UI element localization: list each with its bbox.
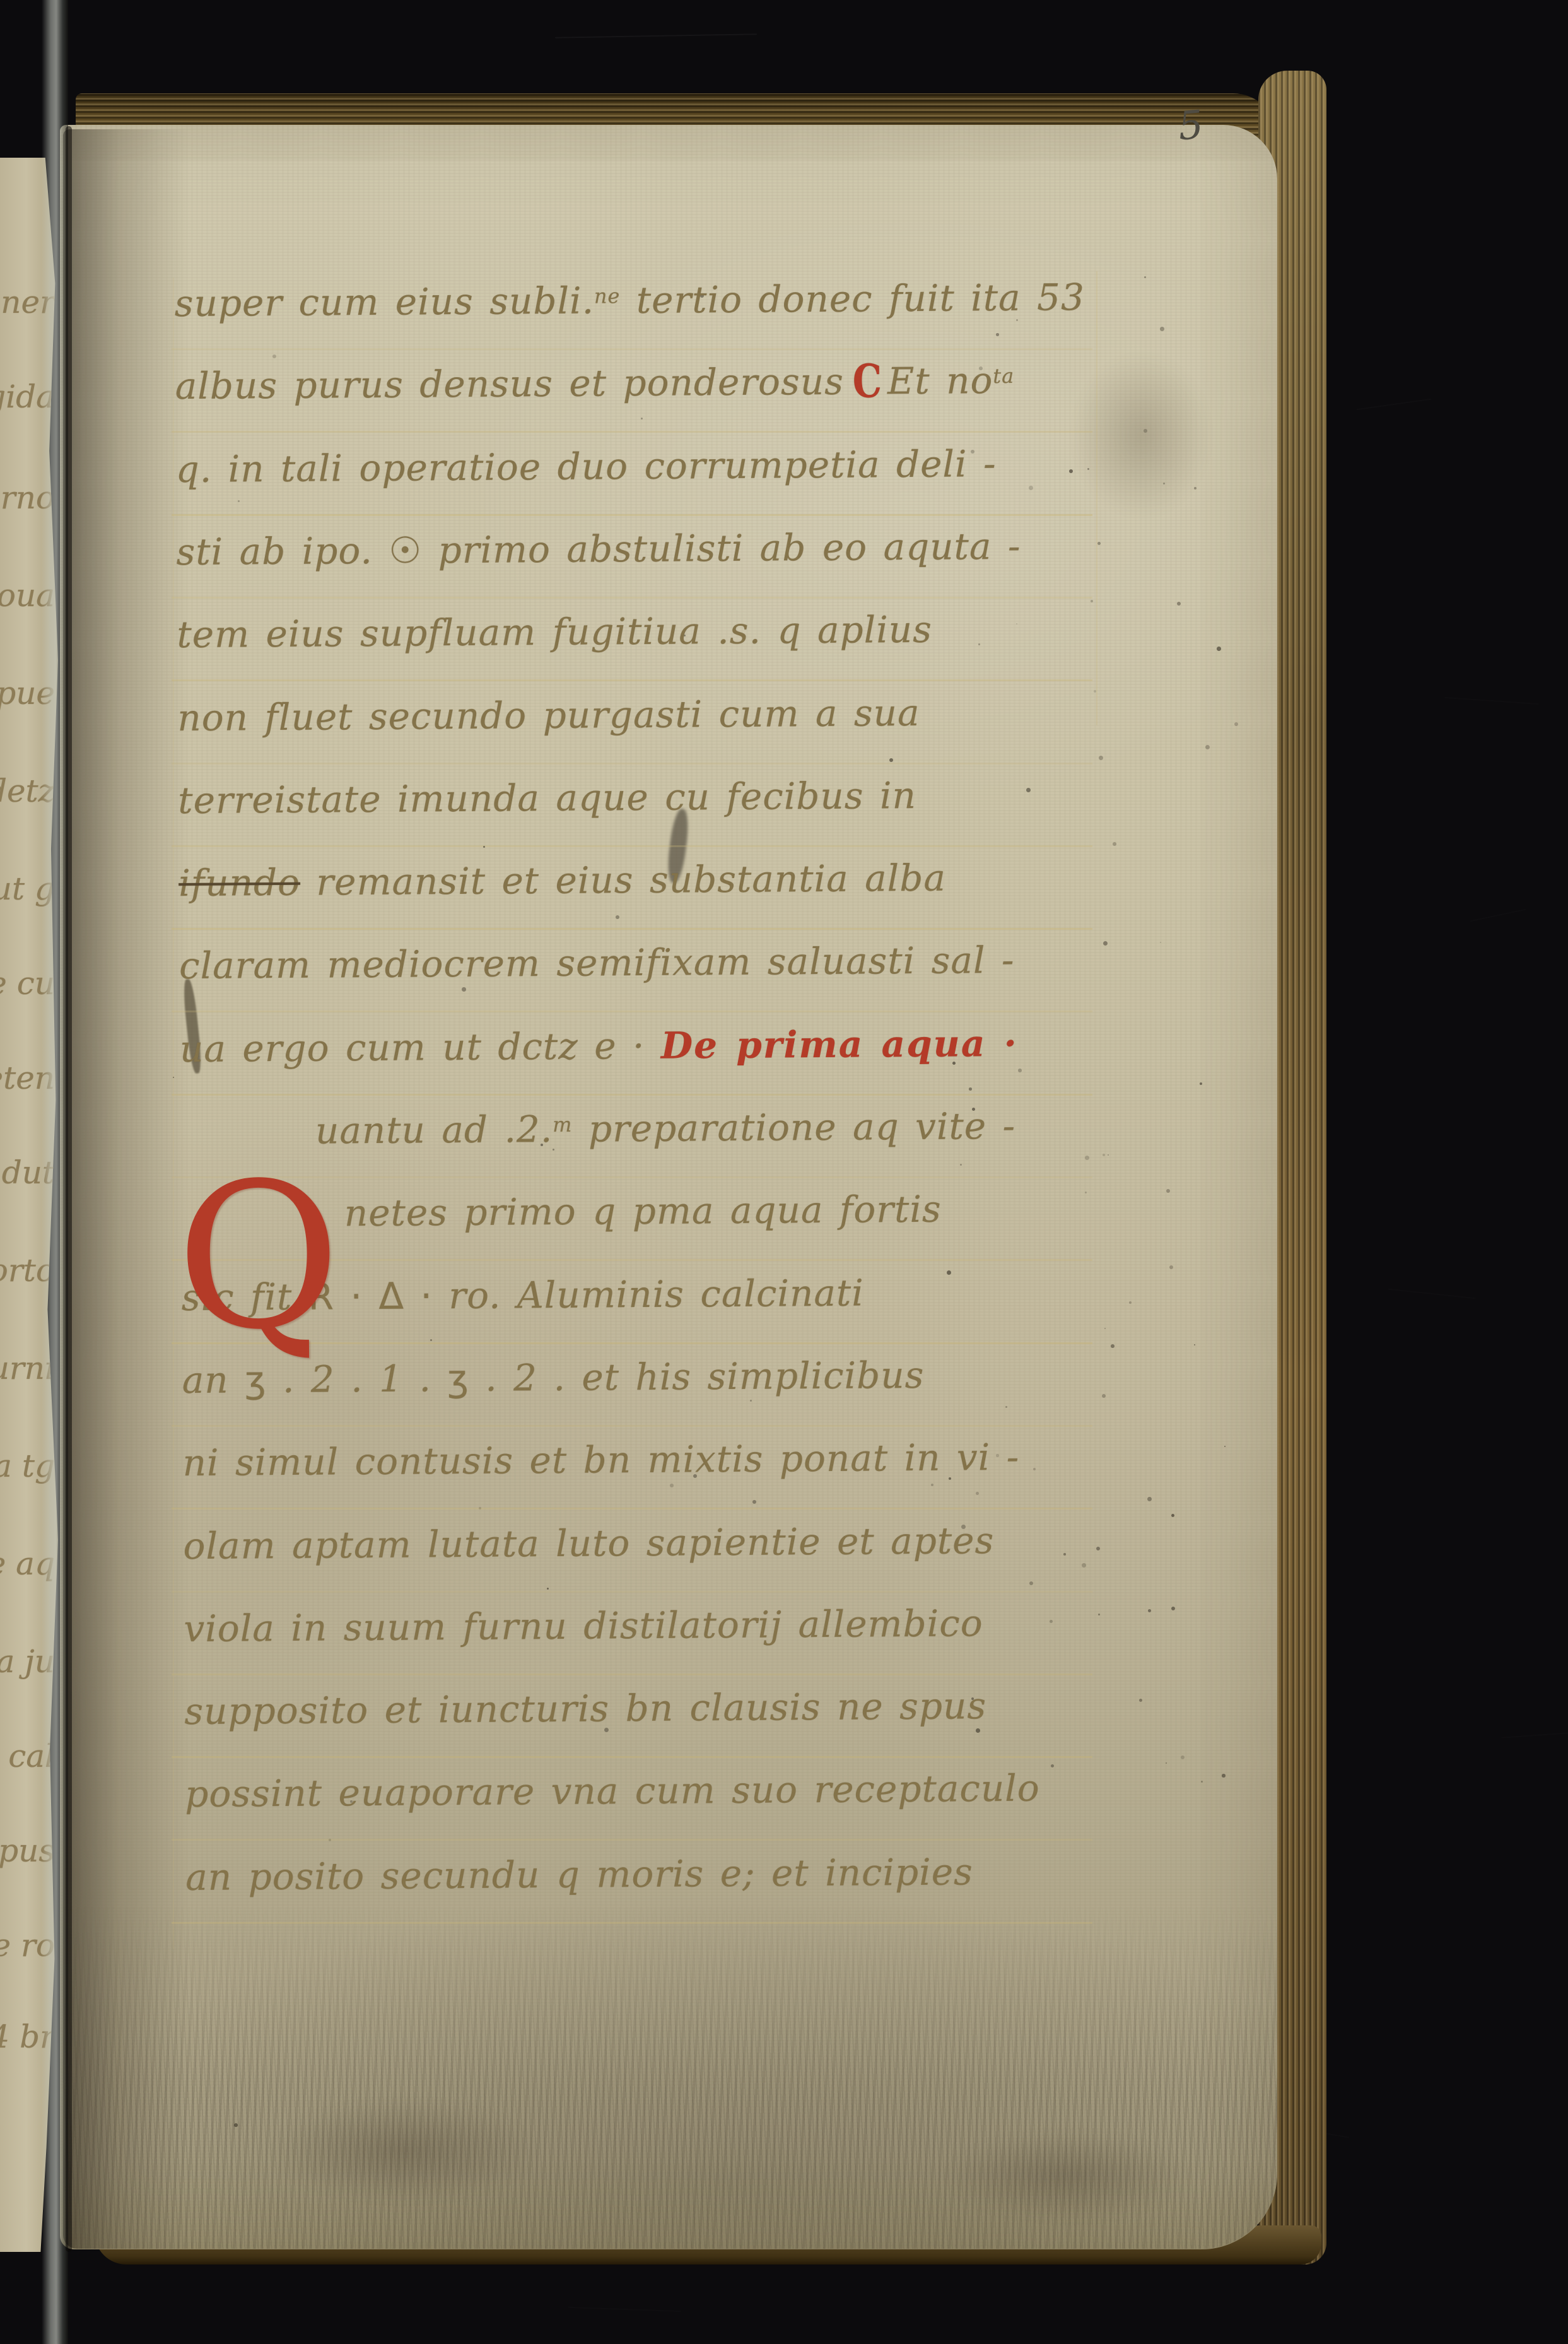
superscript-abbreviation: ta bbox=[993, 364, 1014, 388]
photo-stage: gnerfrigidafurnonouarespuerudetzi aut gu… bbox=[0, 0, 1568, 2344]
drop-cap-initial: Q bbox=[175, 1156, 341, 1357]
manuscript-text-line: tem eius supfluam fugitiua .s. q aplius bbox=[177, 611, 932, 653]
text-segment: uantu ad .2. bbox=[315, 1108, 553, 1152]
text-segment: terreistate imunda aque cu fecibus in bbox=[178, 774, 916, 822]
superscript-abbreviation: ne bbox=[594, 284, 621, 308]
manuscript-text-line: supposito et iuncturis bn clausis ne spu… bbox=[184, 1687, 986, 1730]
text-segment: q. in tali operatioe duo corrumpetia del… bbox=[175, 442, 996, 491]
superscript-abbreviation: m bbox=[553, 1113, 573, 1137]
text-segment: ni simul contusis et bn mixtis ponat in … bbox=[182, 1436, 1019, 1484]
text-segment: remansit et eius substantia alba bbox=[300, 857, 946, 904]
rubric-text: De prima aqua · bbox=[661, 1022, 1018, 1067]
text-segment: . 2 . et his simplicibus bbox=[469, 1354, 925, 1400]
text-segment: super cum eius subli. bbox=[175, 279, 595, 325]
text-segment: ro. Aluminis calcinati bbox=[433, 1272, 864, 1318]
manuscript-text-line: sti ab ipo. ☉ primo abstulisti ab eo aqu… bbox=[176, 528, 1021, 570]
text-segment: sti ab ipo. bbox=[176, 529, 389, 573]
alchemical-symbol: ʒ bbox=[447, 1357, 469, 1400]
text-segment: preparatione aq vite - bbox=[572, 1105, 1015, 1151]
manuscript-text-line: viola in suum furnu distilatorij allembi… bbox=[184, 1605, 983, 1647]
text-segment: an posito secundu q moris e; et incipies bbox=[185, 1850, 973, 1899]
text-segment: claram mediocrem semifixam saluasti sal … bbox=[179, 939, 1015, 987]
manuscript-text-line: q. in tali operatioe duo corrumpetia del… bbox=[175, 445, 996, 488]
text-segment: possint euaporare vna cum suo receptacul… bbox=[185, 1767, 1040, 1815]
manuscript-text-line: uantu ad .2.m preparatione aq vite - bbox=[315, 1108, 1016, 1149]
text-segment: supposito et iuncturis bn clausis ne spu… bbox=[184, 1684, 986, 1733]
manuscript-text-line: netes primo q pma aqua fortis bbox=[344, 1191, 942, 1232]
text-segment: netes primo q pma aqua fortis bbox=[344, 1188, 942, 1235]
text-segment: viola in suum furnu distilatorij allembi… bbox=[184, 1602, 983, 1650]
manuscript-text-line: ua ergo cum ut dctz e · De prima aqua · bbox=[180, 1025, 1018, 1067]
text-segment: tertio donec fuit ita 53 bbox=[620, 276, 1085, 322]
alchemical-symbol: ☉ bbox=[389, 529, 422, 571]
text-segment: olam aptam lutata luto sapientie et apte… bbox=[183, 1519, 994, 1568]
struck-word: ifundo bbox=[178, 861, 300, 905]
page-holder-strip bbox=[42, 0, 68, 2344]
manuscript-text-line: claram mediocrem semifixam saluasti sal … bbox=[179, 942, 1015, 984]
manuscript-text-line: albus purus densus et ponderosusCEt nota bbox=[175, 362, 1015, 404]
text-segment: ua ergo cum ut dctz e · bbox=[180, 1024, 661, 1070]
manuscript-text-line: olam aptam lutata luto sapientie et apte… bbox=[183, 1522, 994, 1564]
text-segment: non fluet secundo purgasti cum a sua bbox=[177, 691, 920, 739]
manuscript-text-line: an posito secundu q moris e; et incipies bbox=[185, 1853, 973, 1896]
manuscript-text-line: super cum eius subli.ne tertio donec fui… bbox=[175, 279, 1085, 322]
folio-number: 5 bbox=[1176, 101, 1205, 149]
text-lines: super cum eius subli.ne tertio donec fui… bbox=[0, 0, 1560, 1]
text-block: super cum eius subli.ne tertio donec fui… bbox=[0, 0, 1568, 2344]
text-segment: albus purus densus et ponderosus bbox=[175, 360, 844, 407]
gutter-gap-shadow bbox=[66, 126, 72, 2252]
manuscript-text-line: ifundo remansit et eius substantia alba bbox=[178, 860, 946, 901]
text-segment: primo abstulisti ab eo aquta - bbox=[422, 525, 1021, 572]
manuscript-text-line: non fluet secundo purgasti cum a sua bbox=[177, 694, 920, 736]
paraph-mark: C bbox=[853, 358, 883, 404]
text-segment: tem eius supfluam fugitiua .s. q aplius bbox=[177, 608, 932, 656]
manuscript-text-line: terreistate imunda aque cu fecibus in bbox=[178, 777, 916, 819]
manuscript-text-line: possint euaporare vna cum suo receptacul… bbox=[185, 1770, 1040, 1812]
manuscript-text-line: ni simul contusis et bn mixtis ponat in … bbox=[182, 1439, 1019, 1481]
text-segment: Et no bbox=[887, 359, 993, 402]
